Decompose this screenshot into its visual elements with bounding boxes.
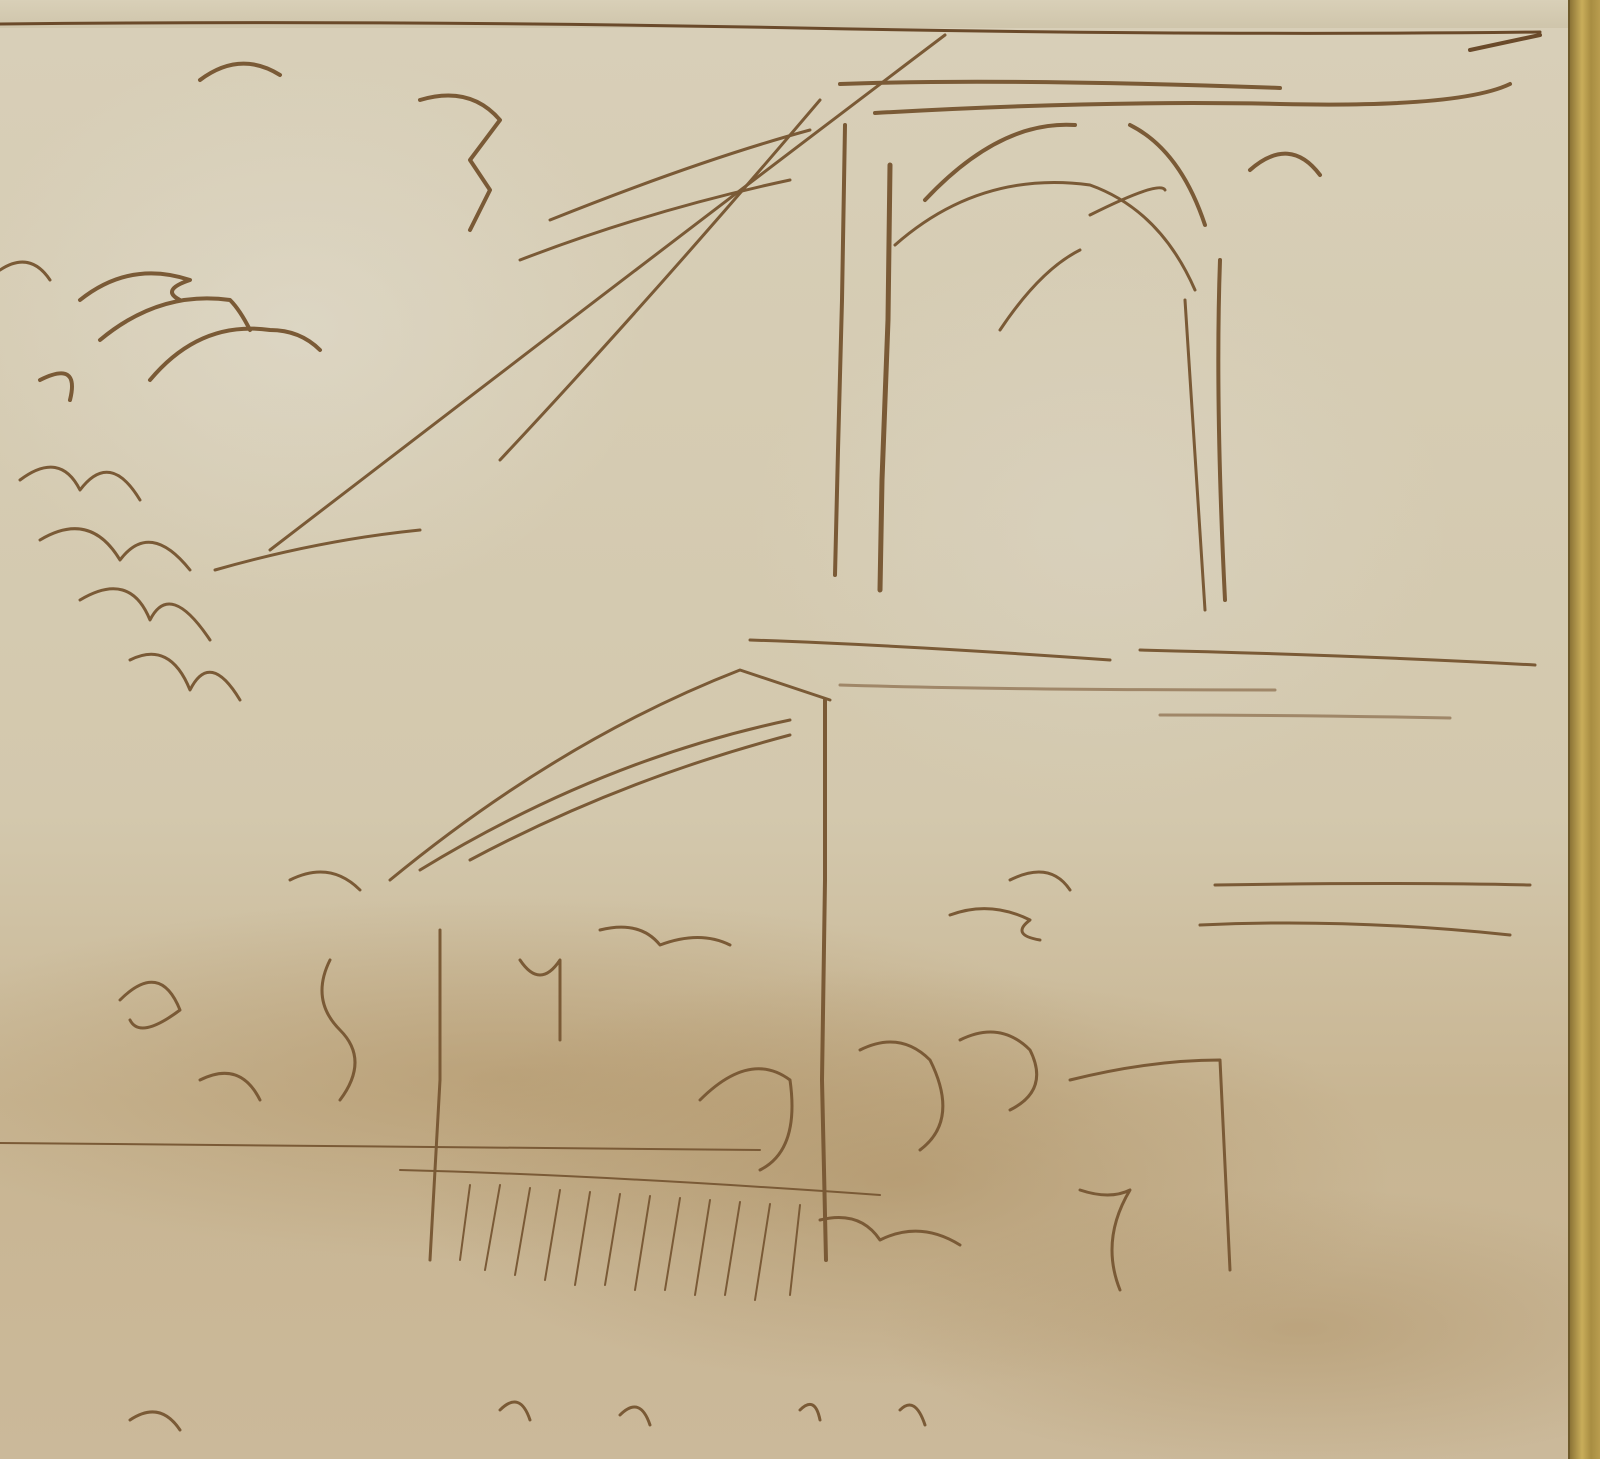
top-edge-line: [0, 23, 1540, 34]
wave-strokes: [120, 872, 1070, 1430]
cloud-scallops: [0, 64, 500, 700]
upper-beams: [840, 82, 1510, 113]
columns: [822, 125, 1225, 1260]
corner-stroke: [1470, 35, 1540, 50]
gold-frame-edge: [1568, 0, 1600, 1459]
artwork-canvas: [0, 0, 1600, 1459]
ink-sketch: [0, 0, 1570, 1459]
diagonal-spars: [215, 35, 945, 880]
galley-hull: [322, 930, 1230, 1290]
arcade-arches: [895, 125, 1320, 330]
oar-strokes: [460, 1185, 960, 1300]
